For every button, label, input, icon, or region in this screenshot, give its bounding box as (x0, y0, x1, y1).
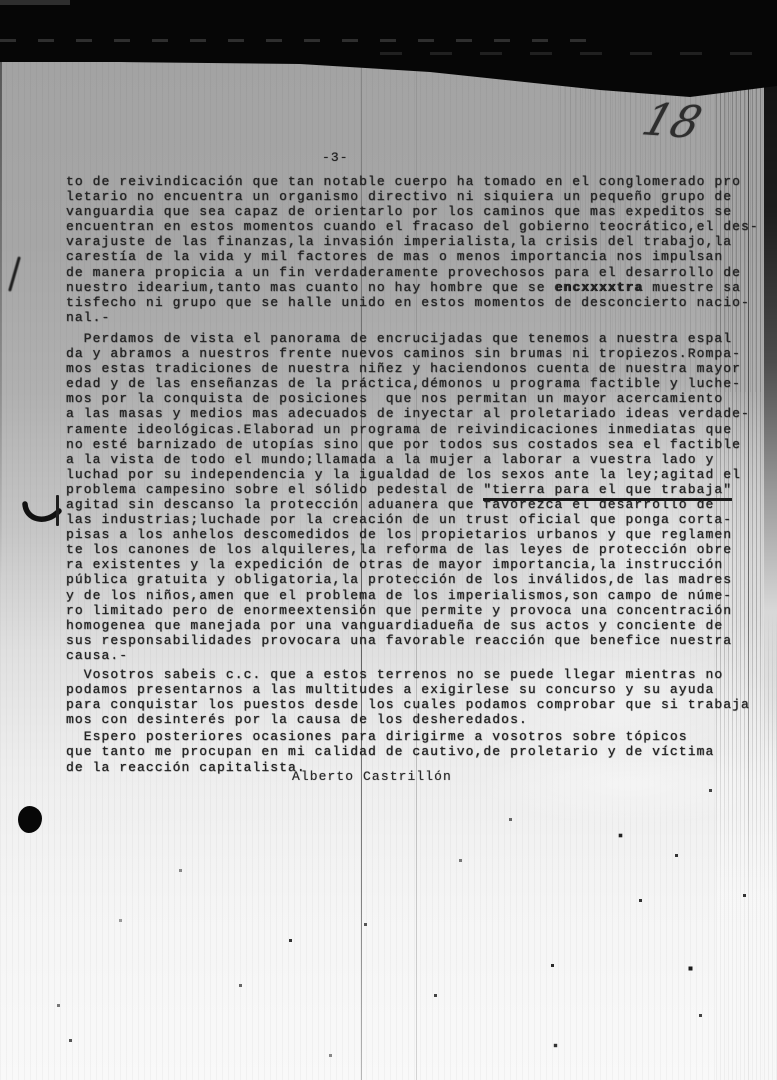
signature: Alberto Castrillón (292, 769, 452, 784)
paragraph: Vosotros sabeis c.c. que a estos terreno… (66, 667, 770, 727)
typed-page-number: -3- (322, 150, 349, 165)
text-line: mos con desinterés por la causa de los d… (66, 712, 770, 727)
text-line: las industrias;luchade por la creación d… (66, 512, 770, 527)
text-line: a las masas y medios mas adecuados de in… (66, 406, 770, 421)
text-segment: problema campesino sobre el sólido pedes… (66, 482, 483, 497)
text-line: nal.- (66, 310, 770, 325)
text-line: mos estas tradiciones de nuestra niñez y… (66, 361, 770, 376)
text-line: Perdamos de vista el panorama de encruci… (66, 331, 770, 346)
text-line: edad y de las enseñanzas de la práctica,… (66, 376, 770, 391)
text-line: causa.- (66, 648, 770, 663)
text-line: no esté barnizado de utopías sino que po… (66, 437, 770, 452)
text-line: que tanto me procupan en mi calidad de c… (66, 744, 770, 759)
band-corner-patch (0, 0, 70, 5)
struck-out-word: encxxxxtra (554, 280, 643, 295)
paragraph: Perdamos de vista el panorama de encruci… (66, 331, 770, 663)
text-line: y de los niños,amen que el problema de l… (66, 588, 770, 603)
text-line: te los canones de los alquileres,la refo… (66, 542, 770, 557)
document-body: to de reivindicación que tan notable cue… (66, 174, 770, 775)
text-line: nuestro idearium,tanto mas cuanto no hay… (66, 280, 770, 295)
text-line: Vosotros sabeis c.c. que a estos terreno… (66, 667, 770, 682)
text-line: vanguardia que sea capaz de orientarlo p… (66, 204, 770, 219)
band-speckle-row (0, 39, 600, 42)
text-line: mos por la conquista de posiciones que n… (66, 391, 770, 406)
text-line: pisas a los anhelos descomedidos de los … (66, 527, 770, 542)
text-line: tisfecho ni grupo que se halle unido en … (66, 295, 770, 310)
band-speckle-row (380, 52, 777, 55)
dust-specks (0, 62, 1, 63)
text-segment: nuestro idearium,tanto mas cuanto no hay… (66, 280, 554, 295)
scanned-page: -3- 18 to de reivindicación que tan nota… (0, 62, 777, 1080)
margin-tick-mark (56, 495, 59, 526)
text-line: de manera propicia a un fin verdaderamen… (66, 265, 770, 280)
text-segment: muestre sa (643, 280, 741, 295)
page-left-edge-shadow (0, 62, 2, 582)
text-line: agitad sin descanso la protección aduane… (66, 497, 770, 512)
text-line: carestía de la vida y mil factores de ma… (66, 249, 770, 264)
text-line: para conquistar los puestos desde los cu… (66, 697, 770, 712)
text-line: ramente ideológicas.Elaborad un programa… (66, 422, 770, 437)
text-line: varajuste de las finanzas,la invasión im… (66, 234, 770, 249)
text-line: ro limitado pero de enormeextensión que … (66, 603, 770, 618)
paragraph: Espero posteriores ocasiones para dirigi… (66, 729, 770, 774)
text-line: pública gratuita y obligatoria,la protec… (66, 572, 770, 587)
paragraph: to de reivindicación que tan notable cue… (66, 174, 770, 325)
text-line: to de reivindicación que tan notable cue… (66, 174, 770, 189)
text-line: ra existentes y la expedición de otras d… (66, 557, 770, 572)
text-line: Espero posteriores ocasiones para dirigi… (66, 729, 770, 744)
text-line: podamos presentarnos a las multitudes a … (66, 682, 770, 697)
text-line: sus responsabilidades provocara una favo… (66, 633, 770, 648)
text-line: homogenea que manejada por una vanguardi… (66, 618, 770, 633)
text-line: encuentran en estos momentos cuando el f… (66, 219, 770, 234)
text-line: letario no encuentra un organismo direct… (66, 189, 770, 204)
text-line: a la vista de todo el mundo;llamada a la… (66, 452, 770, 467)
text-line: da y abramos a nuestros frente nuevos ca… (66, 346, 770, 361)
text-line: problema campesino sobre el sólido pedes… (66, 482, 770, 497)
text-line: luchad por su independencia y la igualda… (66, 467, 770, 482)
